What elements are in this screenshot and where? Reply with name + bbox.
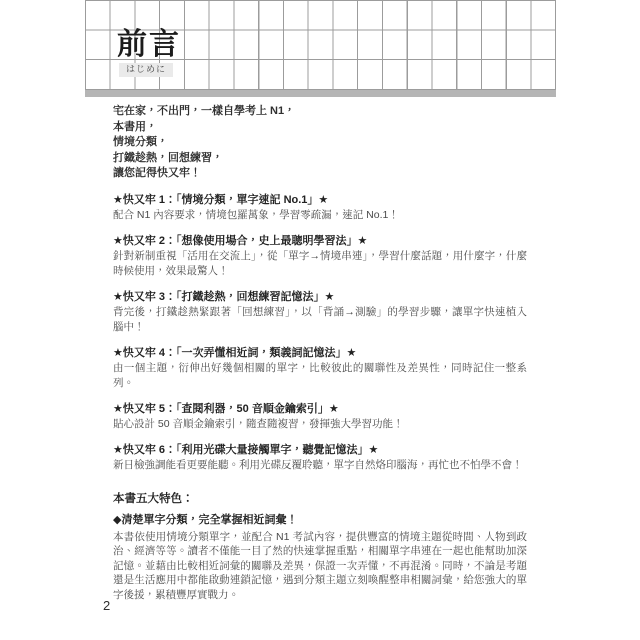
highlight-point-title: ◆清楚單字分類，完全掌握相近詞彙！ [113, 512, 527, 528]
intro-block: 宅在家，不出門，一樣自學考上 N1， 本書用， 情境分類， 打鐵趁熱，回想練習，… [113, 104, 527, 182]
book-page: 前言 はじめに 宅在家，不出門，一樣自學考上 N1， 本書用， 情境分類， 打鐵… [0, 0, 640, 640]
feature-block-1: ★快又牢 1：「情境分類，單字速記 No.1」★ 配合 N1 內容要求，情境包羅… [113, 192, 527, 223]
intro-line: 打鐵趁熱，回想練習， [113, 151, 527, 167]
header-divider [85, 90, 556, 97]
feature-body: 貼心設計 50 音順金鑰索引，隨查隨複習，發揮強大學習功能！ [113, 417, 527, 432]
feature-heading: ★快又牢 6：「利用光碟大量接觸單字，聽覺記憶法」★ [113, 442, 527, 458]
feature-heading: ★快又牢 1：「情境分類，單字速記 No.1」★ [113, 192, 527, 208]
feature-heading: ★快又牢 3：「打鐵趁熱，回想練習記憶法」★ [113, 289, 527, 305]
feature-heading: ★快又牢 5：「查閱利器，50 音順金鑰索引」★ [113, 401, 527, 417]
intro-line: 讓您記得快又牢！ [113, 166, 527, 182]
page-number: 2 [103, 598, 110, 613]
feature-block-3: ★快又牢 3：「打鐵趁熱，回想練習記憶法」★ 背完後，打鐵趁熱緊跟著「回想練習」… [113, 289, 527, 335]
feature-heading: ★快又牢 4：「一次弄懂相近詞，類義詞記憶法」★ [113, 345, 527, 361]
feature-block-6: ★快又牢 6：「利用光碟大量接觸單字，聽覺記憶法」★ 新日檢強調能看更要能聽。利… [113, 442, 527, 473]
feature-body: 針對新制重視「活用在交流上」，從「單字→情境串連」，學習什麼話題，用什麼字，什麼… [113, 249, 527, 279]
feature-body: 背完後，打鐵趁熱緊跟著「回想練習」，以「背誦→測驗」的學習步驟，讓單字快速植入腦… [113, 305, 527, 335]
intro-line: 本書用， [113, 120, 527, 136]
graph-paper-header: 前言 はじめに [85, 0, 556, 90]
feature-heading: ★快又牢 2：「想像使用場合，史上最聰明學習法」★ [113, 233, 527, 249]
feature-block-2: ★快又牢 2：「想像使用場合，史上最聰明學習法」★ 針對新制重視「活用在交流上」… [113, 233, 527, 279]
feature-body: 新日檢強調能看更要能聽。利用光碟反覆聆聽，單字自然烙印腦海，再忙也不怕學不會！ [113, 458, 527, 473]
intro-line: 宅在家，不出門，一樣自學考上 N1， [113, 104, 527, 120]
page-content: 宅在家，不出門，一樣自學考上 N1， 本書用， 情境分類， 打鐵趁熱，回想練習，… [113, 104, 527, 602]
page-title: 前言 [117, 28, 181, 62]
intro-line: 情境分類， [113, 135, 527, 151]
feature-body: 由一個主題，衍伸出好幾個相關的單字，比較彼此的關聯性及差異性，同時記住一整系列。 [113, 361, 527, 391]
feature-block-4: ★快又牢 4：「一次弄懂相近詞，類義詞記憶法」★ 由一個主題，衍伸出好幾個相關的… [113, 345, 527, 391]
feature-block-5: ★快又牢 5：「查閱利器，50 音順金鑰索引」★ 貼心設計 50 音順金鑰索引，… [113, 401, 527, 432]
page-subtitle: はじめに [119, 63, 173, 77]
highlight-point-body: 本書依使用情境分類單字，並配合 N1 考試內容，提供豐富的情境主題從時間、人物到… [113, 530, 527, 603]
highlights-section-title: 本書五大特色： [113, 491, 527, 507]
feature-body: 配合 N1 內容要求，情境包羅萬象，學習零疏漏，速記 No.1！ [113, 208, 527, 223]
